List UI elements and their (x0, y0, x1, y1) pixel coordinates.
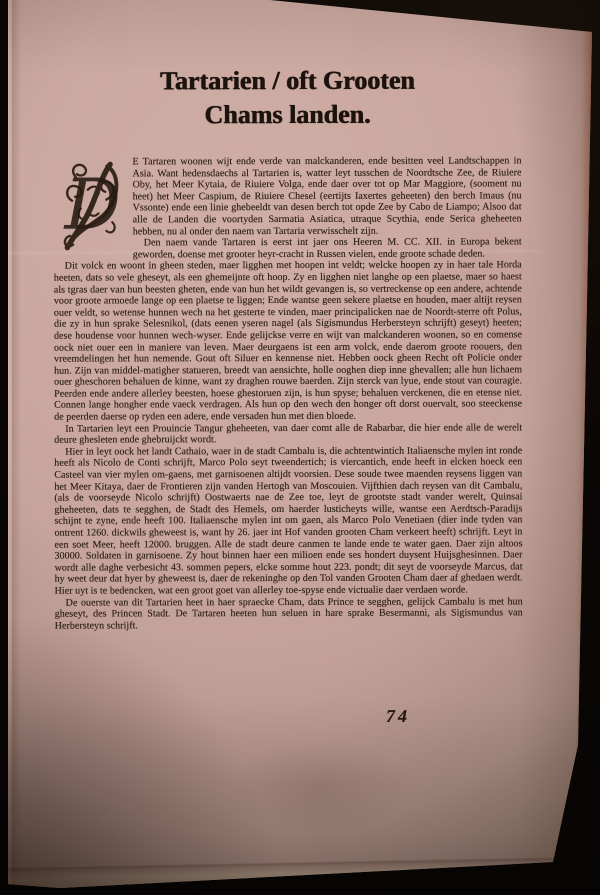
drop-cap-initial: D (60, 159, 126, 251)
page-bottom-edge (6, 858, 566, 895)
drop-cap-letter: D (60, 159, 126, 251)
paragraph: Hier in leyt oock het landt Cathaio, wae… (54, 445, 522, 597)
paper-stain (225, 740, 415, 835)
paragraph: In Tartarien leyt een Prouincie Tangur g… (54, 422, 522, 446)
paragraph: De ouerste van dit Tartarien heet in hae… (55, 596, 523, 632)
paragraph-text: E Tartaren woonen wijt ende verde van ma… (132, 155, 521, 237)
page-left-edge (5, 0, 12, 889)
paragraph: D E Tartaren woonen wijt ende verde van … (53, 155, 521, 237)
page-title-line1: Tartarien / oft Grooten (53, 63, 521, 98)
body-text: D E Tartaren woonen wijt ende verde van … (53, 155, 522, 632)
paragraph: Dit volck en woont in gheen steden, maer… (54, 260, 522, 424)
book-page: Tartarien / oft Grooten Chams landen. (0, 0, 600, 895)
page-title-line2: Chams landen. (53, 97, 521, 132)
page-content: Tartarien / oft Grooten Chams landen. (53, 63, 522, 632)
page-left-crease (12, 0, 21, 885)
book-photo: Tartarien / oft Grooten Chams landen. (0, 0, 600, 895)
page-number: 74 (370, 706, 426, 727)
bottom-right-shadow (548, 727, 600, 887)
